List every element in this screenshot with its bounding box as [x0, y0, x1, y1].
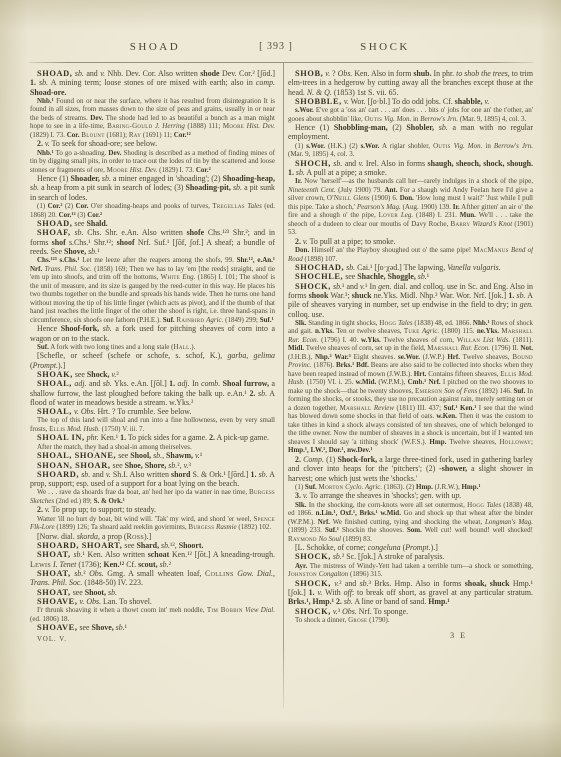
- citation-paragraph: (1) Suf. Morton Cyclo. Agric. (1863). (2…: [288, 483, 533, 492]
- author-small-caps: Grose: [348, 616, 367, 624]
- entry-paragraph: SHOCHAD, sb. Cai.¹ [ʃo·χəd.] The lapwing…: [288, 263, 533, 272]
- volume-mark: VOL. V.: [30, 635, 275, 644]
- left-column: SHOAD, sb. and v. Nhb. Dev. Cor. Also wr…: [30, 69, 275, 729]
- citation-paragraph: To shock a dinner, Grose (1790).: [288, 616, 533, 625]
- headword: SHOAT,: [37, 569, 71, 578]
- entry-paragraph: SHOAL, v. Obs. Hrt. ? To crumble. See be…: [30, 407, 275, 416]
- entry-paragraph: SHOAL IN, phr. Ken.¹ 1. To pick sides fo…: [30, 433, 275, 442]
- entry-paragraph: SHOB, v. ? Obs. Ken. Also in form shub. …: [288, 69, 533, 97]
- entry-paragraph: SHOAD, sb. and v. Nhb. Dev. Cor. Also wr…: [30, 69, 275, 97]
- headword: SHOAL, SHOANE,: [37, 451, 116, 460]
- citation-paragraph: Ayr. The mistress of Windy-Yett had take…: [288, 562, 533, 579]
- headword: SHOCH,: [295, 159, 331, 168]
- headword: SHOAF,: [37, 228, 71, 237]
- author-small-caps: Blount: [81, 131, 104, 139]
- author-small-caps: Hogg: [467, 501, 484, 509]
- author-small-caps: White: [161, 273, 181, 281]
- entry-paragraph: SHOAT, see Shoot, sb.: [30, 588, 275, 597]
- citation-paragraph: I'r thrunk shoaving it when a thowt coom…: [30, 606, 275, 623]
- author-small-caps: Raymond: [288, 535, 317, 543]
- author-small-caps: Marshall: [427, 344, 459, 352]
- headword: SHOAVE,: [37, 623, 78, 632]
- author-small-caps: Tregellas: [212, 202, 245, 210]
- running-head: SHOAD [ 393 ] SHOCK: [0, 41, 561, 57]
- header-rule: [29, 62, 533, 63]
- entry-paragraph: [Norw. dial. skorda, a prop (Ross).]: [30, 532, 275, 541]
- author-small-caps: Rainbird: [176, 316, 204, 324]
- citation-paragraph: Watter 'ill no hurt dy boat, bit wind wi…: [30, 515, 275, 532]
- author-small-caps: Emerson: [415, 387, 442, 395]
- citation-paragraph: Slk. Standing in tight shocks, Hogg Tale…: [288, 319, 533, 455]
- headword: SHOAL,: [37, 379, 72, 388]
- author-small-caps: Bound: [512, 353, 533, 361]
- headword: SHOBBLE,: [295, 97, 342, 106]
- entry-paragraph: SHOAN, SHOAR, see Shoe, Shore, sb.², v.³: [30, 461, 275, 470]
- author-small-caps: Lewis: [30, 560, 51, 569]
- headword: SHOCK,: [295, 282, 331, 291]
- headword: SHOB,: [295, 69, 323, 78]
- author-small-caps: Moore: [223, 122, 244, 130]
- headword: SHOAD,: [37, 69, 72, 78]
- author-small-caps: Hall: [174, 343, 190, 351]
- entry-paragraph: SHOCK, sb.¹ and v.¹ In gen. dial. and co…: [288, 282, 533, 319]
- citation-paragraph: (1) s.Wor. (H.K.) (2) s.Wor. A riglar sh…: [288, 142, 533, 159]
- author-small-caps: Baring-Gould: [107, 122, 152, 130]
- entry-paragraph: SHOAD, see Shald.: [30, 219, 275, 228]
- entry-paragraph: 2. v. To prop up; to support; to steady.: [30, 505, 275, 514]
- citation-paragraph: Nhb.¹ To go a-shoading. Dev. Shoding is …: [30, 149, 275, 175]
- entry-paragraph: SHOAT, sb.¹ Ken. Also written schoat Ken…: [30, 550, 275, 569]
- citation-paragraph: Suf. A fork with two long tines and a lo…: [30, 343, 275, 352]
- author-small-caps: Collins: [205, 569, 234, 578]
- author-small-caps: Lover: [379, 211, 398, 219]
- headword: SHOAD,: [37, 219, 72, 228]
- text-columns: SHOAD, sb. and v. Nhb. Dev. Cor. Also wr…: [30, 69, 533, 729]
- headword: SHOCHAD,: [295, 263, 344, 272]
- citation-paragraph: Nhb.¹ Found on or near the surface, wher…: [30, 97, 275, 140]
- author-small-caps: Burgess: [188, 523, 214, 531]
- entry-paragraph: SHOAL, SHOANE, see Shool, sb., Shawm, v.…: [30, 451, 275, 460]
- entry-paragraph: SHOARD, SHOART, see Shard, sb.¹², Shoort…: [30, 541, 275, 550]
- author-small-caps: Morton: [319, 483, 344, 491]
- author-small-caps: MacManus: [473, 246, 508, 254]
- author-small-caps: Tuke: [404, 327, 420, 335]
- headword: SHOCHLE,: [295, 272, 343, 281]
- author-small-caps: Outis: [365, 115, 383, 123]
- headword: SHOAL IN,: [37, 433, 85, 442]
- running-head-left-word: SHOAD: [105, 41, 205, 53]
- author-small-caps: Hogg: [379, 319, 396, 327]
- author-small-caps: Marshall: [501, 327, 533, 335]
- signature-mark: 3 E: [288, 631, 533, 641]
- headword: SHOCK,: [295, 552, 331, 561]
- author-small-caps: Ross: [127, 532, 144, 541]
- entry-paragraph: 2. v. To seek for shoad-ore; see below.: [30, 139, 275, 148]
- headword: SHOAVE,: [37, 597, 78, 606]
- entry-paragraph: [L. Schokke, of corne; congeluna (Prompt…: [288, 543, 533, 552]
- author-small-caps: Burgess: [249, 488, 275, 496]
- headword: SHOARD, SHOART,: [37, 541, 122, 550]
- entry-paragraph: SHOCH, sb. and v. Irel. Also in forms sh…: [288, 159, 533, 178]
- author-small-caps: Outis: [433, 142, 451, 150]
- running-head-right-word: SHOCK: [335, 41, 435, 53]
- author-small-caps: Marshall: [340, 404, 372, 412]
- entry-paragraph: 3. v. To arrange the sheaves in 'shocks'…: [288, 491, 533, 500]
- citation-paragraph: After the match, they had a shoal-in amo…: [30, 443, 275, 452]
- author-small-caps: Johnston: [288, 570, 317, 578]
- citation-paragraph: s.Wor. E've got a 'oss an' cart . . . an…: [288, 106, 533, 123]
- citation-paragraph: Slk. In the shocking, the corn-knots wer…: [288, 501, 533, 544]
- headword: SHOAT,: [37, 550, 71, 559]
- citation-paragraph: The top of this land will shoal and run …: [30, 416, 275, 433]
- citation-paragraph: (1) Cor.² (2) Cor. O'er shoading-heaps a…: [30, 202, 275, 219]
- dictionary-page: SHOAD [ 393 ] SHOCK SHOAD, sb. and v. Nh…: [0, 0, 561, 757]
- author-small-caps: Holloway: [499, 438, 531, 446]
- entry-paragraph: [Schefle, or scheef (schefe or schofe, s…: [30, 351, 275, 370]
- entry-paragraph: SHOBBLE, v. Wor. [ʃo·bl.] To do odd jobs…: [288, 97, 533, 106]
- entry-paragraph: SHOCK, v.² and sb.³ Brks. Hmp. Also in f…: [288, 579, 533, 607]
- entry-paragraph: Hence (1) Shoader, sb. a miner engaged i…: [30, 174, 275, 202]
- entry-paragraph: SHOAL, adj. and sb. Yks. e.An. [ʃōl.] 1.…: [30, 379, 275, 407]
- entry-paragraph: SHOAF, sb. Chs. Shr. e.An. Also written …: [30, 228, 275, 256]
- author-small-caps: Ray: [129, 131, 141, 139]
- citation-paragraph: Ir. Now 'herself'—as the husbands call h…: [288, 177, 533, 237]
- entry-paragraph: SHOAVE, see Shove, sb.¹: [30, 623, 275, 632]
- author-small-caps: Tim Bobbin: [207, 606, 243, 614]
- right-column: SHOB, v. ? Obs. Ken. Also in form shub. …: [288, 69, 533, 729]
- entry-paragraph: Hence (1) Shobbling-man, (2) Shobler, sb…: [288, 123, 533, 142]
- headword: SHOARD,: [37, 470, 79, 479]
- headword: SHOAK,: [37, 370, 73, 379]
- entry-paragraph: SHOCHLE, see Shachle, Shoggle, sb.¹: [288, 272, 533, 281]
- entry-paragraph: Hence Shoof-fork, sb. a fork used for pi…: [30, 324, 275, 343]
- entry-paragraph: 2. v. To pull at a pipe; to smoke.: [288, 237, 533, 246]
- headword: SHOCK,: [295, 607, 331, 616]
- author-small-caps: O'Neill: [327, 194, 351, 202]
- headword: SHOCK,: [295, 579, 331, 588]
- author-small-caps: Ellis: [500, 370, 516, 378]
- citation-paragraph: Chs.¹²³ s.Chs.¹ Let me leeze after the r…: [30, 256, 275, 324]
- citation-paragraph: We . . . rave da shoards frae da boat, a…: [30, 488, 275, 505]
- headword: SHOAL,: [37, 407, 72, 416]
- entry-paragraph: SHOCK, v.³ Obs. Nrf. To sponge.: [288, 607, 533, 616]
- page-number: [ 393 ]: [236, 41, 316, 52]
- author-small-caps: Barry: [451, 220, 471, 228]
- entry-paragraph: 2. Comp. (1) Shock-fork, a large three-t…: [288, 455, 533, 483]
- entry-paragraph: SHOCK, sb.² Sc. [ʃok.] A stroke of paral…: [288, 552, 533, 561]
- citation-paragraph: Don. Himself an' the Playboy shoughed ou…: [288, 246, 533, 263]
- headword: SHOAN, SHOAR,: [37, 461, 111, 470]
- author-small-caps: Willan: [457, 336, 480, 344]
- entry-paragraph: SHOAT, sb.² Obs. Gmg. A small wheaten lo…: [30, 569, 275, 588]
- entry-paragraph: SHOAVE, v. Obs. Lan. To shovel.: [30, 597, 275, 606]
- entry-paragraph: SHOARD, sb. and v. Sh.I. Also written sh…: [30, 470, 275, 489]
- entry-paragraph: SHOAK, see Shock, v.²: [30, 370, 275, 379]
- headword: SHOAT,: [37, 588, 71, 597]
- author-small-caps: Moore: [107, 166, 128, 174]
- author-small-caps: Ellis: [49, 425, 65, 433]
- author-small-caps: Spence: [253, 515, 275, 523]
